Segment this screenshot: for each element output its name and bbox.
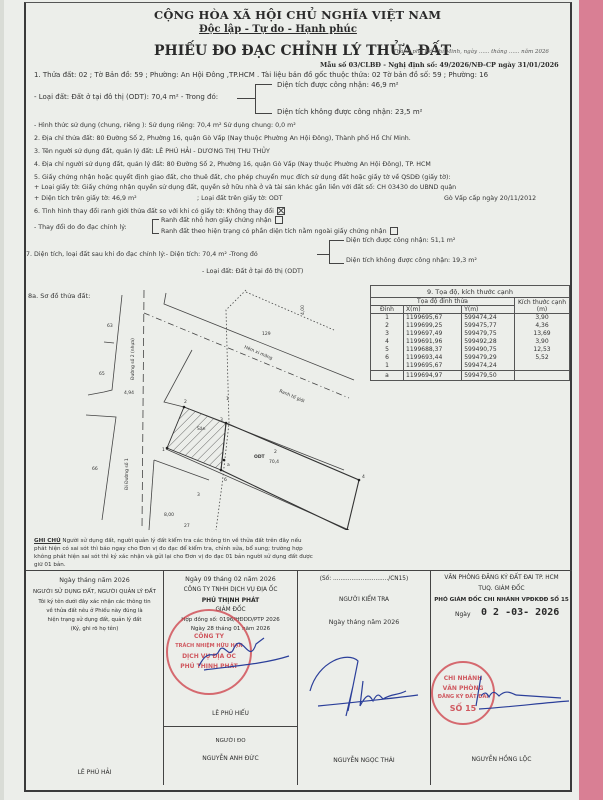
label-63: 63 [107,323,113,329]
boundary-label: Ranh tổ giới [278,387,306,404]
cell-y: 599479,50 [462,371,515,381]
certificate-issued: Gò Vấp cấp ngày 20/11/2012 [444,195,536,202]
parcel-diagram: 63 65 66 129 1 3 27 8,00 4,94 Đường số 2… [4,280,374,530]
cell-x: 1199695,67 [404,362,462,371]
inspector-date: Ngày tháng năm 2026 [298,619,430,626]
cell-x: 1199693,44 [404,354,462,362]
note: GHI CHÚ Người sử dụng đất, người quản lý… [34,537,314,569]
office-org: VĂN PHÒNG ĐĂNG KÝ ĐẤT ĐAI TP. HCM [431,575,572,581]
owner-confirm-1: Tôi ký tên dưới đây xác nhận các thông t… [26,599,163,605]
cell-x: 1199697,49 [404,330,462,338]
office-name: NGUYỄN HỒNG LỘC [431,756,572,763]
option-outside-checkbox[interactable] [390,227,398,235]
option-outside: Ranh đất theo hiện trạng có phần diện tí… [161,227,398,235]
cell-vertex: 4 [371,338,404,346]
cell-vertex: a [371,371,404,381]
bracket [255,84,272,114]
header-x: X(m) [404,306,462,314]
label-3: 3 [197,492,200,498]
street-2-label: Đường số 2 (nhựa) [129,338,136,380]
table-row: 11199695,67599474,24 [371,362,570,371]
area-on-certificate: + Diện tích trên giấy tờ: 46,9 m² [34,195,137,202]
director-name: LÊ PHÚ HIẾU [164,711,297,717]
coordinates-table: 9. Tọa độ, kích thước cạnh Tọa độ đỉnh t… [370,285,570,381]
dim-494: 4,94 [124,390,134,396]
vertex-2: 2 [184,399,187,405]
table-row-extra: a 1199694,97 599479,50 [371,371,570,381]
type-on-certificate: ; Loại đất trên giấy tờ: ODT [197,195,283,202]
cell-vertex: 3 [371,330,404,338]
inspector-signature-block: (Số: ............................../CN15… [297,570,430,785]
certificate-title: 5. Giấy chứng nhận hoặc quyết định giao … [34,174,451,181]
coordinates-table-title: 9. Tọa độ, kích thước cạnh [371,286,570,298]
inspector-signature [308,651,423,721]
company-role: GIÁM ĐỐC [164,607,297,613]
vertex-1: 1 [162,447,165,453]
cell-x: 1199695,67 [404,314,462,323]
survey-form-paper: CỘNG HÒA XÃ HỘI CHỦ NGHĨA VIỆT NAM Độc l… [4,0,579,800]
national-motto: Độc lập - Tự do - Hạnh phúc [199,24,357,35]
vertex-4: 4 [362,474,365,480]
label-129: 129 [262,331,271,337]
surveyor-role: NGƯỜI ĐO [164,738,297,744]
header-edge-length: Kích thước cạnh (m) [515,298,570,314]
cell-length: 4,36 [515,322,570,330]
recognized-area: Diện tích được công nhận: 46,9 m² [277,81,399,89]
label-1: 1 [226,396,229,402]
note-label: GHI CHÚ [34,538,61,544]
cell-length: 5,52 [515,354,570,362]
cell-x: 1199694,97 [404,371,462,381]
office-role: PHÓ GIÁM ĐỐC CHI NHÁNH VPĐKĐĐ SỐ 15 [431,597,572,603]
table-row: 41199691,96599492,283,90 [371,338,570,346]
cell-length: 3,90 [515,314,570,323]
owner-name: LÊ PHÚ HẢI [26,769,163,776]
cell-length [515,371,570,381]
boundary-change: 6. Tình hình thay đổi ranh giới thửa đất… [34,207,285,215]
unrecognized-area: Diện tích không được công nhận: 23,5 m² [277,108,422,116]
post-land-type: - Loại đất: Đất ở tại đô thị (ODT) [202,268,303,275]
change-label: - Thay đổi do đo đạc chỉnh lý: [34,224,127,231]
table-row: 31199697,49599479,7513,69 [371,330,570,338]
cell-vertex: 5 [371,346,404,354]
parcel-address: 2. Địa chỉ thửa đất: 80 Đường Số 2, Phườ… [34,135,411,142]
place-date: Thành phố Hồ Chí Minh, ngày ...... tháng… [393,49,549,55]
bracket [152,219,159,234]
post-unrecognized-area: Diện tích không được công nhận: 19,3 m² [346,257,477,264]
bracket [329,240,344,264]
office-signature-block: VĂN PHÒNG ĐĂNG KÝ ĐẤT ĐAI TP. HCM TUQ. G… [430,570,572,785]
owner-name: 3. Tên người sử dụng đất, quản lý đất: L… [34,148,270,155]
cell-y: 599492,28 [462,338,515,346]
vertex-a: a [227,463,230,468]
owner-role: NGƯỜI SỬ DỤNG ĐẤT, NGƯỜI QUẢN LÝ ĐẤT [26,589,163,595]
label-66: 66 [92,466,98,472]
cell-y: 599474,24 [462,362,515,371]
owner-date: Ngày tháng năm 2026 [26,577,163,584]
parcel-area: 70,4 [269,459,279,465]
office-signature [471,671,571,711]
certificate-type: + Loại giấy tờ: Giấy chứng nhận quyền sử… [34,184,456,191]
owner-signature-block: Ngày tháng năm 2026 NGƯỜI SỬ DỤNG ĐẤT, N… [26,570,163,785]
office-sub: TUQ. GIÁM ĐỐC [431,586,572,592]
cell-length: 13,69 [515,330,570,338]
office-date-label: Ngày [455,611,471,618]
company-signature-block: Ngày 09 tháng 02 năm 2026 CÔNG TY TNHH D… [163,570,297,785]
cell-vertex: 6 [371,354,404,362]
label-65: 65 [99,371,105,377]
national-title: CỘNG HÒA XÃ HỘI CHỦ NGHĨA VIỆT NAM [154,8,441,22]
surveyor-name: NGUYỄN ANH ĐỨC [164,755,297,762]
parcel-code: ODT [254,454,266,460]
cell-vertex: 2 [371,322,404,330]
cell-y: 599490,75 [462,346,515,354]
street-1-label: Đi Đường số 1 [123,458,130,490]
parcel-number: 2 [274,449,277,455]
post-recognized-area: Diện tích được công nhận: 51,1 m² [346,237,455,244]
cell-y: 599479,29 [462,354,515,362]
land-type: - Loại đất: Đất ở tại đô thị (ODT): 70,4… [34,93,218,101]
cell-y: 599474,24 [462,314,515,323]
vertex-3: 3 [220,417,223,423]
cell-x: 1199691,96 [404,338,462,346]
inspector-name: NGUYỄN NGỌC THÁI [298,757,430,764]
post-survey-area: 7. Diện tích, loại đất sau khi đo đạc ch… [26,251,258,258]
dim-400: 4,00 [300,305,306,315]
cell-vertex: 1 [371,314,404,323]
cell-vertex: 1 [371,362,404,371]
inspector-role: NGƯỜI KIỂM TRA [298,597,430,603]
cell-length: 12,53 [515,346,570,354]
vertex-6: 6 [224,477,227,483]
cell-x: 1199699,25 [404,322,462,330]
cell-y: 599475,77 [462,322,515,330]
cell-y: 599479,75 [462,330,515,338]
owner-confirm-4: (Ký, ghi rõ họ tên) [26,626,163,632]
dim-800: 8,00 [164,512,174,518]
header-y: Y(m) [462,306,515,314]
table-row: 51199688,37599490,7512,53 [371,346,570,354]
table-row: 21199699,25599475,774,36 [371,322,570,330]
cell-length [515,362,570,371]
company-org: CÔNG TY TNHH DỊCH VỤ ĐỊA ỐC [164,587,297,593]
cell-length: 3,90 [515,338,570,346]
unchanged-checkbox[interactable] [277,207,285,215]
company-name: PHÚ THỊNH PHÁT [164,597,297,604]
bracket-stem [317,254,329,255]
header-vertex: Đỉnh [371,306,404,314]
label-27: 27 [184,523,190,529]
company-date: Ngày 09 tháng 02 năm 2026 [164,576,297,583]
yard-label: Sân [197,425,206,432]
bracket-stem [237,98,255,99]
table-row: 61199693,44599479,295,52 [371,354,570,362]
form-code: Mẫu số 03/CLBĐ - Nghị định số: 49/2026/N… [320,61,559,69]
owner-confirm-2: về thửa đất nêu ở Phiếu này đúng là [26,608,163,614]
option-smaller-label: Ranh đất nhỏ hơn giấy chứng nhận [161,217,272,224]
usage-form: - Hình thức sử dụng (chung, riêng ): Sử … [34,122,296,129]
divider [164,726,297,727]
group-header: Tọa độ đỉnh thửa [371,298,515,306]
option-smaller-checkbox[interactable] [275,216,283,224]
inspector-number: (Số: ............................../CN15… [298,576,430,582]
note-text: Người sử dụng đất, người quản lý đất kiể… [34,538,313,568]
parcel-info: 1. Thửa đất: 02 ; Tờ Bản đồ: 59 ; Phường… [34,71,488,79]
office-date-stamp: 0 2 -03- 2026 [481,607,559,618]
director-signature [194,626,294,676]
owner-address: 4. Địa chỉ người sử dụng đất, quản lý đấ… [34,161,431,168]
option-smaller: Ranh đất nhỏ hơn giấy chứng nhận [161,216,283,224]
cell-x: 1199688,37 [404,346,462,354]
table-row: 11199695,67599474,243,90 [371,314,570,323]
option-outside-label: Ranh đất theo hiện trạng có phần diện tí… [161,228,387,235]
owner-confirm-3: hiện trạng sử dụng đất, quản lý đất [26,617,163,623]
boundary-change-text: 6. Tình hình thay đổi ranh giới thửa đất… [34,208,274,215]
